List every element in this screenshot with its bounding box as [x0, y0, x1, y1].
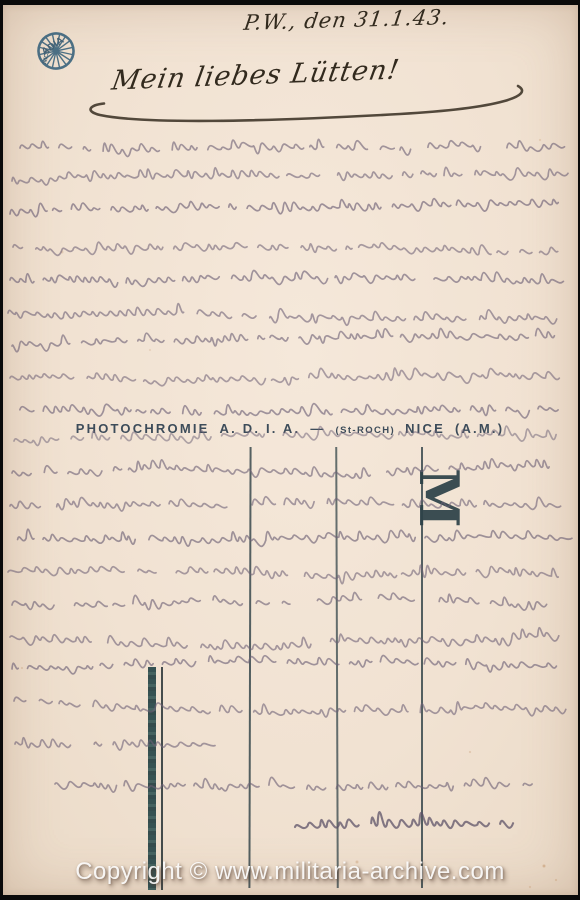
- watermark-text: Copyright © www.militaria-archive.com: [0, 858, 580, 886]
- postcard-scan: PHOTOCHROMIEA. D. I. A.—(St-ROCH)NICE(A.…: [0, 0, 580, 900]
- salutation-underline-flourish: [0, 0, 580, 900]
